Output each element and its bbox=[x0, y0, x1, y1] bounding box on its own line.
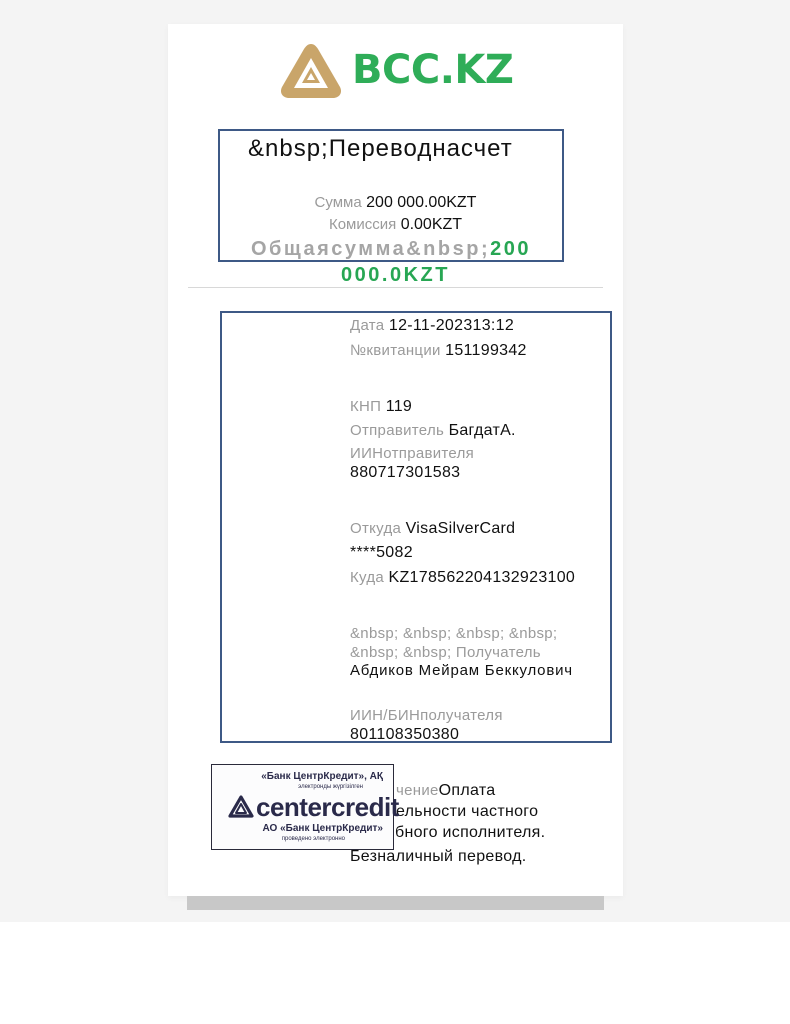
commission-value: 0.00KZT bbox=[401, 216, 462, 233]
bcc-triangle-logo-icon bbox=[278, 40, 344, 100]
recipient-label-row-1: &nbsp; &nbsp; &nbsp; &nbsp; bbox=[350, 625, 557, 643]
purpose-row-3: бного исполнителя. bbox=[395, 824, 545, 842]
receipt-number-label: №квитанции bbox=[350, 342, 441, 359]
amount-value: 200 000.00KZT bbox=[366, 194, 476, 211]
date-value: 12-11-202313:12 bbox=[389, 317, 514, 334]
amount-label: Сумма bbox=[315, 194, 362, 211]
purpose-row-1: чениеОплата bbox=[396, 782, 496, 800]
purpose-label: чение bbox=[396, 782, 439, 799]
stamp-line2: электронды жүргізілген bbox=[298, 784, 363, 790]
recipient-value-row: Абдиков Мейрам Беккулович bbox=[350, 662, 573, 680]
recipient-label-row-2: &nbsp; &nbsp; Получатель bbox=[350, 644, 541, 662]
total-row: Общаясумма&nbsp;200 bbox=[218, 238, 564, 261]
knp-label: КНП bbox=[350, 398, 381, 415]
knp-value: 119 bbox=[386, 398, 412, 415]
from-card-row: ****5082 bbox=[350, 544, 413, 562]
receipt-number-row: №квитанции 151199342 bbox=[350, 342, 527, 360]
bcc-logo: BCC.KZ bbox=[278, 40, 513, 100]
from-value: VisaSilverCard bbox=[406, 520, 516, 537]
sender-iin-value-row: 880717301583 bbox=[350, 464, 460, 482]
date-row: Дата 12-11-202313:12 bbox=[350, 317, 514, 335]
recipient-label-line1: &nbsp; &nbsp; &nbsp; &nbsp; bbox=[350, 625, 557, 642]
sender-iin-label-row: ИИНотправителя bbox=[350, 445, 474, 463]
bcc-logo-text: BCC.KZ bbox=[352, 47, 513, 93]
to-label: Куда bbox=[350, 569, 384, 586]
purpose-line1: Оплата bbox=[439, 782, 496, 799]
knp-row: КНП 119 bbox=[350, 398, 412, 416]
receipt-number-value: 151199342 bbox=[445, 342, 527, 359]
sender-value: БагдатА. bbox=[449, 422, 516, 439]
centercredit-logo-icon bbox=[228, 795, 254, 819]
purpose-row-2: ельности частного bbox=[396, 803, 538, 821]
recipient-iin-value-row: 801108350380 bbox=[350, 726, 459, 744]
stamp-line3: АО «Банк ЦентрКредит» bbox=[262, 823, 383, 834]
purpose-line3: бного исполнителя. bbox=[395, 824, 545, 841]
total-value-part1: 200 bbox=[490, 238, 531, 260]
from-row: Откуда VisaSilverCard bbox=[350, 520, 515, 538]
transfer-title: &nbsp;Переводнасчет bbox=[248, 135, 513, 163]
commission-label: Комиссия bbox=[329, 216, 396, 233]
total-label: Общаясумма&nbsp; bbox=[251, 238, 490, 260]
total-value-part2: 000.0KZT bbox=[188, 264, 603, 287]
purpose-row-4: Безналичный перевод. bbox=[350, 848, 526, 866]
sender-label: Отправитель bbox=[350, 422, 444, 439]
sender-row: Отправитель БагдатА. bbox=[350, 422, 516, 440]
stamp-line1: «Банк ЦентрКредит», АҚ bbox=[261, 771, 383, 782]
sender-iin-label: ИИНотправителя bbox=[350, 445, 474, 462]
recipient-iin-value: 801108350380 bbox=[350, 726, 459, 743]
amount-row: Сумма 200 000.00KZT bbox=[188, 194, 603, 212]
purpose-line2: ельности частного bbox=[396, 803, 538, 820]
from-card-mask: ****5082 bbox=[350, 544, 413, 561]
from-label: Откуда bbox=[350, 520, 401, 537]
purpose-line4: Безналичный перевод. bbox=[350, 848, 526, 865]
recipient-iin-label: ИИН/БИНполучателя bbox=[350, 707, 503, 724]
section-divider bbox=[188, 287, 603, 288]
sender-iin-value: 880717301583 bbox=[350, 464, 460, 481]
recipient-iin-label-row: ИИН/БИНполучателя bbox=[350, 707, 503, 725]
centercredit-electronic-stamp: «Банк ЦентрКредит», АҚ электронды жүргіз… bbox=[211, 764, 394, 850]
to-row: Куда KZ178562204132923100 bbox=[350, 569, 575, 587]
receipt-card-footer-bar bbox=[187, 896, 604, 910]
stamp-brand: centercredit bbox=[256, 792, 399, 823]
commission-row: Комиссия 0.00KZT bbox=[188, 216, 603, 234]
stamp-line4: проведено электронно bbox=[282, 836, 345, 842]
recipient-label-line2: &nbsp; &nbsp; Получатель bbox=[350, 644, 541, 661]
date-label: Дата bbox=[350, 317, 384, 334]
recipient-value: Абдиков Мейрам Беккулович bbox=[350, 662, 573, 679]
to-value: KZ178562204132923100 bbox=[389, 569, 576, 586]
